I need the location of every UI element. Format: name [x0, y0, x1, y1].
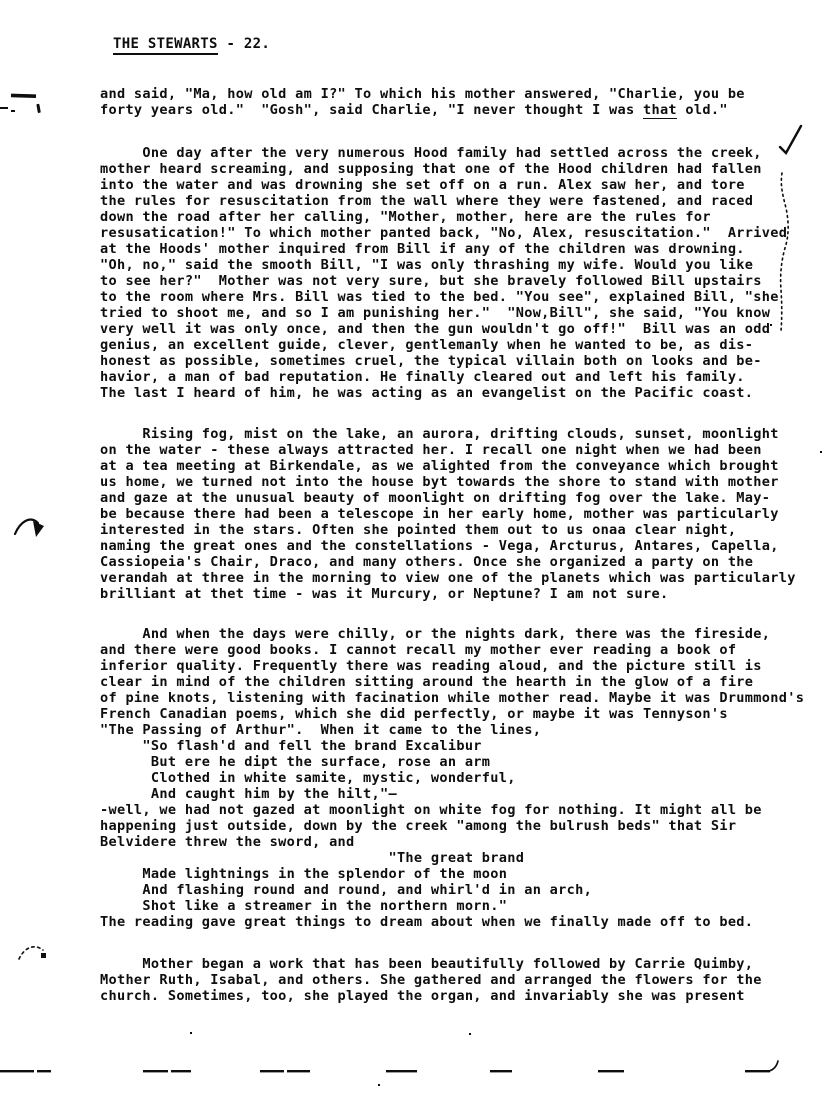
curved-dotted-arrow-icon [19, 947, 46, 959]
paragraph-4-with-poems: And when the days were chilly, or the ni… [100, 626, 830, 930]
curved-arrow-icon [15, 520, 44, 537]
header-page-number: - 22. [218, 36, 270, 52]
photocopy-edge-dashes-icon [0, 1032, 778, 1086]
scan-dash-top-left-icon [0, 94, 41, 113]
paragraph-1: and said, "Ma, how old am I?" To which h… [100, 86, 830, 118]
underlined-word-that: that [643, 102, 677, 119]
paragraph-1-text-end: old." [677, 102, 728, 118]
paragraph-2: One day after the very numerous Hood fam… [100, 145, 830, 401]
paragraph-5: Mother began a work that has been beauti… [100, 956, 830, 1004]
paragraph-3: Rising fog, mist on the lake, an aurora,… [100, 426, 830, 602]
document-text: and said, "Ma, how old am I?" To which h… [100, 86, 830, 1004]
header-title: THE STEWARTS [113, 36, 218, 55]
page-header: THE STEWARTS - 22. [113, 36, 270, 52]
document-page: THE STEWARTS - 22. and said, "Ma, how ol… [0, 0, 840, 1095]
